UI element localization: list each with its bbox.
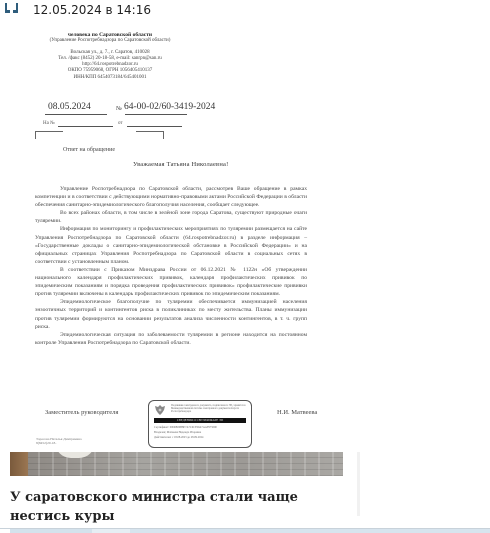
signatory-title: Заместитель руководителя <box>45 409 118 416</box>
document-greeting: Уважаемая Татьяна Николаевна! <box>133 161 228 168</box>
address-corner-left <box>35 131 63 139</box>
planter-pot <box>55 452 95 458</box>
post-header: 12.05.2024 в 14:16 <box>0 0 490 20</box>
ref-from-label: от <box>118 121 123 126</box>
body-paragraph: Управление Роспотребнадзора по Саратовск… <box>35 185 307 209</box>
body-paragraph: Эпидемиологическая ситуация по заболевае… <box>35 331 307 347</box>
number-underline <box>125 114 187 115</box>
document-body: Управление Роспотребнадзора по Саратовск… <box>35 185 307 347</box>
body-paragraph: Информация по мониторингу и профилактиче… <box>35 225 307 265</box>
signatory-name: Н.И. Матвеева <box>277 409 317 416</box>
number-prefix: № <box>116 106 122 112</box>
body-paragraph: Эпидемиологическое благополучие по туляр… <box>35 298 307 330</box>
letterhead: человека по Саратовской области (Управле… <box>30 32 190 81</box>
address-corner-right <box>136 131 164 139</box>
body-paragraph: В соответствии с Приказом Минздрава Росс… <box>35 266 307 298</box>
org-short-name: (Управление Роспотребнадзора по Саратовс… <box>30 38 190 44</box>
date-underline <box>45 114 107 115</box>
article-title-link[interactable]: У саратовского министра стали чаще нести… <box>10 488 340 526</box>
coat-of-arms-icon <box>154 404 166 416</box>
certificate-owner: Владелец: Матвеева Надежда Игоревна <box>154 431 201 434</box>
certificate-validity: Действителен: с 18.08.2023 до 28.09.2024 <box>154 436 203 439</box>
document-scan: человека по Саратовской области (Управле… <box>0 20 345 435</box>
document-subject: Ответ на обращение <box>63 147 115 153</box>
electronic-signature-stamp: Подлинник электронного документа, подпис… <box>148 400 252 448</box>
body-paragraph: Во всех районах области, в том числе в з… <box>35 209 307 225</box>
executor-info: Тарасова Наталья Дмитриевна 8(8452)20-18… <box>36 437 82 445</box>
certificate-header-bar: СВЕДЕНИЯ О СЕРТИФИКАТЕ ЭП <box>154 418 246 423</box>
executor-phone: 8(8452)20-18- <box>36 441 82 445</box>
ref-label: На № <box>43 121 55 126</box>
org-inn: ИНН/КПП 6454073184/645401001 <box>30 75 190 81</box>
app-logo-icon <box>5 3 18 13</box>
column-divider <box>357 452 360 516</box>
post-timestamp: 12.05.2024 в 14:16 <box>33 3 151 17</box>
ref-date-underline <box>127 126 182 127</box>
wooden-edge <box>10 452 28 476</box>
next-item-strip <box>0 528 490 533</box>
document-date: 08.05.2024 <box>48 102 91 112</box>
article-image[interactable] <box>10 452 343 476</box>
ref-number-underline <box>58 126 113 127</box>
signature-note: Подлинник электронного документа, подпис… <box>171 404 249 414</box>
certificate-id: Сертификат: 00D6800B8E7A7C6CF69A7AAF9750… <box>154 426 217 429</box>
document-number: 64-00-02/60-3419-2024 <box>124 102 215 112</box>
